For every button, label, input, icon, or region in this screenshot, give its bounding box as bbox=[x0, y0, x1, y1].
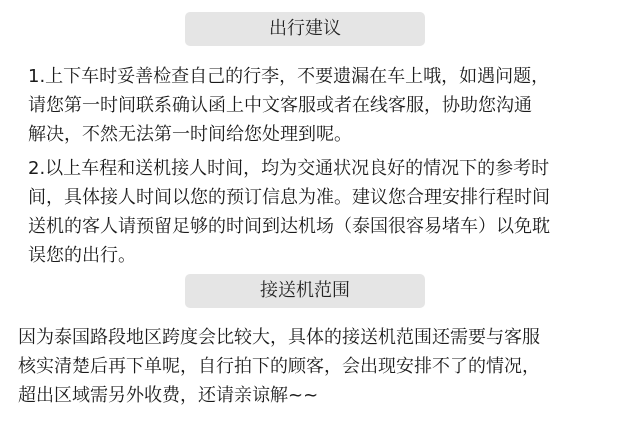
advice-paragraph-1: 1.上下车时妥善检查自己的行李，不要遗漏在车上哦，如遇问题， 请您第一时间联系确… bbox=[28, 62, 618, 149]
text-line: 送机的客人请预留足够的时间到达机场（泰国很容易堵车）以免耽 bbox=[28, 212, 618, 241]
text-line: 间，具体接人时间以您的预订信息为准。建议您合理安排行程时间 bbox=[28, 183, 618, 212]
text-line: 误您的出行。 bbox=[28, 241, 618, 270]
text-line: 解决，不然无法第一时间给您处理到呢。 bbox=[28, 120, 618, 149]
text-line: 核实清楚后再下单呢，自行拍下的顾客，会出现安排不了的情况， bbox=[18, 352, 618, 381]
text-line: 请您第一时间联系确认函上中文客服或者在线客服，协助您沟通 bbox=[28, 91, 618, 120]
text-line: 2.以上车程和送机接人时间，均为交通状况良好的情况下的参考时 bbox=[28, 154, 618, 183]
section-header-transfer-range: 接送机范围 bbox=[185, 274, 425, 308]
text-line: 因为泰国路段地区跨度会比较大，具体的接送机范围还需要与客服 bbox=[18, 323, 618, 352]
transfer-range-paragraph: 因为泰国路段地区跨度会比较大，具体的接送机范围还需要与客服 核实清楚后再下单呢，… bbox=[18, 323, 618, 410]
section-header-travel-advice: 出行建议 bbox=[185, 12, 425, 46]
text-line: 1.上下车时妥善检查自己的行李，不要遗漏在车上哦，如遇问题， bbox=[28, 62, 618, 91]
advice-paragraph-2: 2.以上车程和送机接人时间，均为交通状况良好的情况下的参考时 间，具体接人时间以… bbox=[28, 154, 618, 270]
text-line: 超出区域需另外收费，还请亲谅解~~ bbox=[18, 381, 618, 410]
